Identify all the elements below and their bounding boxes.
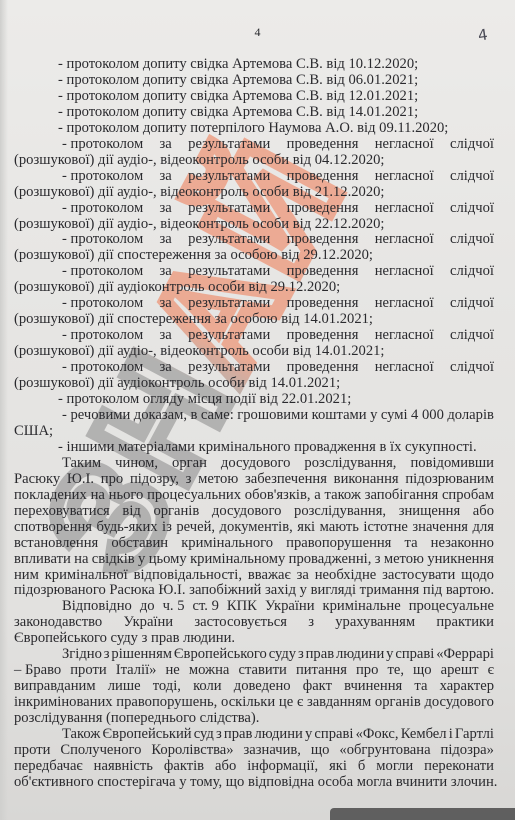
word: - речовими (62, 408, 130, 424)
text-line: покладенихнаньогопроцесуальнихобов'язків… (14, 488, 494, 504)
page-number: 4 (0, 25, 515, 40)
text-line: ЗгіднозрішеннямЄвропейськогосудузправлюд… (14, 647, 494, 663)
word: переховуватися (14, 504, 110, 520)
word: проведення (287, 137, 359, 153)
text-line: (розшукової) дії спостереження за особою… (14, 312, 494, 328)
document-body: - протоколом допиту свідка Артемова С.В.… (14, 57, 494, 791)
word: процесуальне (409, 599, 494, 615)
word: негласної (375, 201, 434, 217)
word: які (297, 520, 315, 536)
word: результатами (188, 232, 270, 248)
word: речей, (176, 520, 215, 536)
word: за (160, 360, 172, 376)
word: суду (269, 647, 296, 663)
word: - протоколом (62, 360, 143, 376)
word: слідчої (450, 264, 494, 280)
page-edge-shadow (0, 0, 8, 820)
word: проведення (287, 328, 359, 344)
scan-edge-shadow (330, 808, 515, 820)
word: досудового (424, 695, 493, 711)
word: забезпечення (245, 472, 327, 488)
word: вважає (248, 568, 291, 584)
word: виправданим (14, 679, 96, 695)
text-line: інкримінованихправопорушень,оскількицеєз… (14, 695, 494, 711)
text-line: - протоколом допиту свідка Артемова С.В.… (14, 89, 494, 105)
word: слідчої (450, 232, 494, 248)
document-page: 4 4 ЗНАЙ - протоколом допиту свідка Арте… (0, 0, 515, 820)
word: мають (320, 520, 359, 536)
word: Сполученого (60, 743, 141, 759)
word: – Браво (14, 663, 61, 679)
text-line: встановленняобставинкримінальногоправопо… (14, 536, 494, 552)
word: з (375, 552, 381, 568)
word: «обгрунтована (339, 743, 430, 759)
word: правопорушення (286, 536, 391, 552)
text-line: ТакожЄвропейськийсудзправлюдиниусправі«Ф… (14, 727, 494, 743)
word: у (138, 552, 145, 568)
word: коштами (312, 408, 367, 424)
text-line: - протоколомзарезультатамипроведеннянегл… (14, 264, 494, 280)
word: Расюку (14, 472, 60, 488)
word: розслідування, (304, 456, 396, 472)
word: ним (14, 568, 39, 584)
word: кримінальної (45, 568, 128, 584)
word: свідків (92, 552, 135, 568)
word: які (329, 759, 347, 775)
word: чином, (115, 456, 158, 472)
word: людини (336, 647, 384, 663)
text-line: - протоколомзарезультатамипроведеннянегл… (14, 169, 494, 185)
word: Також (62, 727, 100, 743)
word: проведення (287, 296, 359, 312)
word: обставин (111, 536, 168, 552)
word: що (413, 663, 432, 679)
word: уникнення (427, 552, 494, 568)
word: або (473, 504, 494, 520)
word: інкримінованих (14, 695, 113, 711)
word: щодо (461, 568, 494, 584)
word: та (405, 536, 418, 552)
word: з (186, 472, 192, 488)
word: застосувати (382, 568, 455, 584)
word: 4 000 (411, 408, 444, 424)
word: наявність (94, 759, 153, 775)
word: доказам, (134, 408, 187, 424)
word: урахуванням (335, 615, 415, 631)
word: документів, (220, 520, 293, 536)
text-line: впливатинасвідківуцьомукримінальномупров… (14, 552, 494, 568)
word: переконати (424, 759, 494, 775)
text-line: - протоколомзарезультатамипроведеннянегл… (14, 360, 494, 376)
word: спробам (442, 488, 494, 504)
word: слідчої (450, 360, 494, 376)
text-line: передбачаєнаявністьфактівабоінформації,я… (14, 759, 494, 775)
word: за (160, 137, 172, 153)
word: результатами (188, 201, 270, 217)
word: покладених (14, 488, 87, 504)
word: характер (440, 679, 494, 695)
word: від (122, 504, 140, 520)
word: - протоколом (62, 137, 143, 153)
word: питання (296, 663, 347, 679)
word: або (215, 759, 236, 775)
word: нього (109, 488, 144, 504)
text-line: - протоколом огляду місця події від 22.0… (14, 392, 494, 408)
word: з (104, 647, 110, 663)
word: коли (193, 679, 222, 695)
text-line: переховуватисявідорганівдосудовогорозслі… (14, 504, 494, 520)
word: спотворення (14, 520, 92, 536)
text-line: спотвореннябудь-якихізречей,документів,я… (14, 520, 494, 536)
word: проведення (287, 360, 359, 376)
text-line: - протоколом допиту свідка Артемова С.В.… (14, 57, 494, 73)
text-line: законодавствоУкраїнизастосовуєтьсязураху… (14, 615, 494, 631)
word: метою (384, 552, 424, 568)
word: ч. 5 (163, 599, 185, 615)
word: доларів (447, 408, 494, 424)
word: у (386, 647, 393, 663)
word: грошовими (237, 408, 308, 424)
text-line: РасюкуЮ.І.пропідозру,зметоюзабезпеченняв… (14, 472, 494, 488)
word: не (166, 663, 180, 679)
word: в (190, 408, 197, 424)
word: кримінального (181, 536, 273, 552)
word: проведення (287, 264, 359, 280)
word: суд (194, 727, 214, 743)
word: Європейського (174, 647, 267, 663)
word: Відповідно (62, 599, 132, 615)
text-line: Такимчином,органдосудовогорозслідування,… (14, 456, 494, 472)
word: Італії» (116, 663, 157, 679)
word: - протоколом (62, 201, 143, 217)
word: на (74, 552, 88, 568)
word: негласної (375, 360, 434, 376)
text-line: - протоколом допиту свідка Артемова С.В.… (14, 73, 494, 89)
word: знищення (399, 504, 460, 520)
word: - протоколом (62, 296, 143, 312)
word: негласної (375, 264, 434, 280)
word: процесуальних (147, 488, 241, 504)
word: органів (375, 695, 421, 711)
word: доведено (234, 679, 291, 695)
word: проведення (287, 232, 359, 248)
word: Європейський (103, 727, 192, 743)
word: оскільки (221, 695, 275, 711)
word: проти (70, 663, 106, 679)
word: для (473, 520, 494, 536)
text-line: нимкримінальноївідповідальності,вважаєза… (14, 568, 494, 584)
word: що (311, 743, 330, 759)
word: лише (108, 679, 141, 695)
word: завданням (307, 695, 371, 711)
word: підозру, (130, 472, 179, 488)
word: органів (153, 504, 199, 520)
text-line: (розшукової) дії аудіо-, відеоконтроль о… (14, 185, 494, 201)
text-line: протиСполученогоКоролівства»зазначив,що«… (14, 743, 494, 759)
word: Таким (62, 456, 101, 472)
word: значення (412, 520, 468, 536)
word: те, (387, 663, 404, 679)
word: провадженні, (289, 552, 372, 568)
word: розслідування, (294, 504, 386, 520)
word: слідчої (450, 137, 494, 153)
word: прав (306, 647, 334, 663)
word: це (279, 695, 293, 711)
word: результатами (188, 264, 270, 280)
word: у (370, 408, 377, 424)
word: застосовується (194, 615, 287, 631)
word: цьому (149, 552, 187, 568)
text-line: (розшукової) дії аудіоконтроль особи від… (14, 376, 494, 392)
word: «Фокс, (356, 727, 399, 743)
text-line: (розшукової) дії аудіо-, відеоконтроль о… (14, 344, 494, 360)
word: можна (189, 663, 230, 679)
word: істотне (363, 520, 408, 536)
text-line: (розшукової) дії аудіоконтроль особи від… (14, 280, 494, 296)
word: метою (198, 472, 238, 488)
word: б (358, 759, 365, 775)
text-line: - протоколомзарезультатамипроведеннянегл… (14, 232, 494, 248)
word: необхідне (315, 568, 377, 584)
word: проведення (287, 201, 359, 217)
word: за (160, 296, 172, 312)
word: негласної (375, 328, 434, 344)
word: проведення (287, 169, 359, 185)
word: справі (395, 647, 434, 663)
word: за (160, 328, 172, 344)
word: вчинення (344, 679, 402, 695)
word: є (297, 695, 303, 711)
word: результатами (188, 328, 270, 344)
word: досудового (221, 456, 290, 472)
word: Згідно (62, 647, 102, 663)
text-line: - протоколомзарезультатамипроведеннянегл… (14, 201, 494, 217)
word: України (124, 615, 174, 631)
word: - протоколом (62, 328, 143, 344)
word: слідчої (450, 201, 494, 217)
text-line: об'єктивного спостерігача у тому, що від… (14, 775, 494, 791)
text-line: - іншими матеріалами кримінального прова… (14, 440, 494, 456)
word: виконання (334, 472, 399, 488)
text-line: – БравопротиІталії»неможнаставитипитання… (14, 663, 494, 679)
word: і (449, 727, 453, 743)
word: з (308, 615, 314, 631)
word: могли (376, 759, 413, 775)
word: кримінальному (190, 552, 285, 568)
word: до (140, 599, 155, 615)
word: результатами (188, 137, 270, 153)
word: тоді, (153, 679, 181, 695)
word: встановлення (14, 536, 98, 552)
text-line: виправданимлишетоді,колидоведенофактвчин… (14, 679, 494, 695)
text-line: - протоколомзарезультатамипроведеннянегл… (14, 137, 494, 153)
word: відповідальності, (134, 568, 242, 584)
word: кримінальне (323, 599, 401, 615)
text-line: (розшукової) дії спостереження за особою… (14, 248, 494, 264)
text-line: - протоколом допиту свідка Артемова С.В.… (14, 105, 494, 121)
word: Гартлі (455, 727, 494, 743)
word: слідчої (450, 169, 494, 185)
text-line: - протоколомзарезультатамипроведеннянегл… (14, 296, 494, 312)
word: сумі (381, 408, 408, 424)
word: підозрюваним (405, 472, 494, 488)
word: орган (172, 456, 207, 472)
word: ст. 9 (193, 599, 219, 615)
word: негласної (375, 296, 434, 312)
text-line: (розшукової) дії аудіо-, відеоконтроль о… (14, 217, 494, 233)
text-line: розслідування (попереднього слідства). (14, 711, 494, 727)
word: запобігання (365, 488, 438, 504)
text-line: - протоколом допиту потерпілого Наумова … (14, 121, 494, 137)
word: практики (436, 615, 494, 631)
word: Королівства» (151, 743, 233, 759)
word: результатами (188, 360, 270, 376)
word: за (160, 232, 172, 248)
word: за (297, 568, 309, 584)
word: саме: (201, 408, 234, 424)
word: людини (255, 727, 303, 743)
word: за (160, 201, 172, 217)
word: слідчої (450, 296, 494, 312)
word: обов'язків, (245, 488, 311, 504)
word: впливати (14, 552, 71, 568)
word: на (91, 488, 105, 504)
word: ставити (238, 663, 286, 679)
text-line: - протоколомзарезультатамипроведеннянегл… (14, 328, 494, 344)
word: України (265, 599, 315, 615)
word: інформації, (247, 759, 318, 775)
word: досудового (212, 504, 281, 520)
word: у (305, 727, 312, 743)
text-line: США; (14, 424, 494, 440)
word: негласної (375, 232, 434, 248)
word: фактів (164, 759, 204, 775)
word: негласної (375, 137, 434, 153)
text-line: Європейського суду з прав людини. (14, 631, 494, 647)
word: про (101, 472, 123, 488)
word: є (488, 663, 494, 679)
text-line: підозрюваного Расюка Ю.І. запобіжний зах… (14, 583, 494, 599)
word: Ю.І. (67, 472, 94, 488)
word: прав (224, 727, 252, 743)
text-line: Відповіднодоч. 5ст. 9КПКУкраїникриміналь… (14, 599, 494, 615)
word: передбачає (14, 759, 83, 775)
word: результатами (188, 169, 270, 185)
word: слідчої (450, 328, 494, 344)
word: а (314, 488, 320, 504)
word: з (216, 727, 222, 743)
word: будь-яких (96, 520, 157, 536)
word: - протоколом (62, 232, 143, 248)
word: Кембел (401, 727, 447, 743)
word: за (160, 264, 172, 280)
word: факт (303, 679, 332, 695)
word: арешт (441, 663, 479, 679)
word: також (325, 488, 361, 504)
word: та (414, 679, 427, 695)
word: незаконно (431, 536, 494, 552)
text-line: - речовимидоказам,всаме:грошовимикоштами… (14, 408, 494, 424)
word: з (298, 647, 304, 663)
word: - протоколом (62, 169, 143, 185)
word: повідомивши (410, 456, 493, 472)
text-line: (розшукової) дії аудіо-, відеоконтроль о… (14, 153, 494, 169)
word: проти (14, 743, 50, 759)
word: рішенням (111, 647, 172, 663)
word: зазначив, (244, 743, 301, 759)
word: про (356, 663, 378, 679)
word: справі (314, 727, 353, 743)
word: - протоколом (62, 264, 143, 280)
word: за (160, 169, 172, 185)
word: підозра» (441, 743, 494, 759)
word: результатами (188, 296, 270, 312)
word: із (162, 520, 172, 536)
word: КПК (227, 599, 257, 615)
word: «Феррарі (436, 647, 494, 663)
word: правопорушень, (116, 695, 217, 711)
word: законодавство (14, 615, 102, 631)
word: негласної (375, 169, 434, 185)
